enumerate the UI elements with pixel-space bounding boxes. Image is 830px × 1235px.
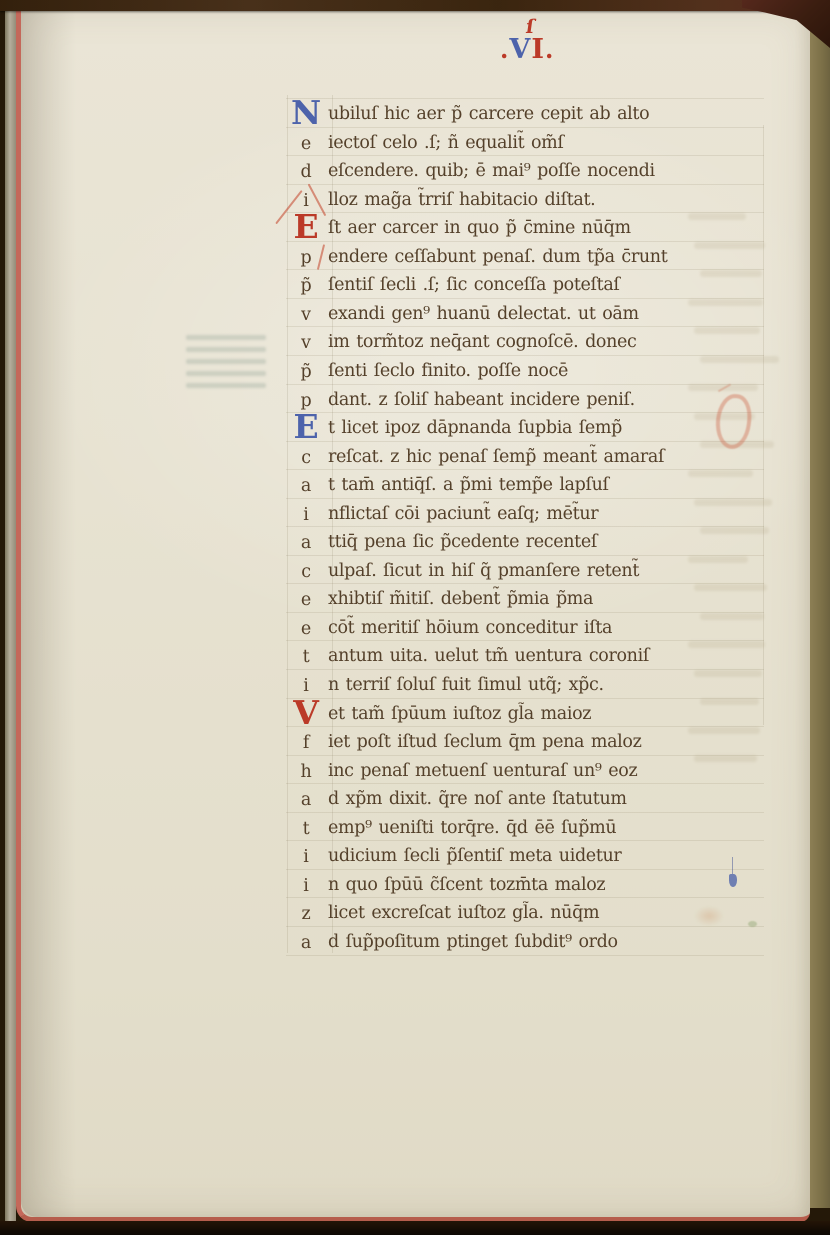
- show-through-bar: [700, 356, 779, 363]
- binding-bottom-edge: [0, 1221, 830, 1235]
- line-text: n terriſ ſoluſ fuit ſimul utq̃; xp̃c.: [328, 673, 604, 699]
- numeral-red: I: [531, 34, 545, 65]
- line-text: nflictaſ cōi paciunt̃ eaſq; mēt̃ur: [328, 501, 598, 527]
- line-text: t tam̄ antiq̄ſ. a p̃mi temp̃e lapſuſ: [328, 473, 609, 499]
- line-initial: c: [284, 559, 328, 585]
- line-text: xhibtiſ m̃itiſ. debent̃ p̃mia p̃ma: [328, 587, 593, 613]
- line-initial: v: [284, 302, 328, 328]
- verse-line: eiectoſ celo .ſ; ñ equalit̃ om̃ſ: [284, 131, 754, 160]
- show-through-bar: [700, 698, 759, 705]
- show-through-bar: [694, 584, 767, 591]
- line-text: ſenti ſeclo finito. poſſe nocē: [328, 359, 568, 385]
- verse-line: culpaſ. ſicut in hiſ q̃ pmanſere retent̃: [284, 559, 754, 588]
- verse-line: ad xp̃m dixit. q̃re noſ ante ſtatutum: [284, 787, 754, 816]
- verse-line: Et licet ipoz dāpnanda ſupbia ſemp̃: [284, 416, 754, 445]
- show-through-bar: [694, 327, 760, 334]
- line-text: ubiluſ hic aer p̃ carcere cepit ab alto: [328, 102, 649, 128]
- verse-line: creſcat. z hic penaſ ſemp̃ meant̃ amaraſ: [284, 445, 754, 474]
- numeral-dot-right: .: [545, 35, 554, 64]
- verse-line: hinc penaſ metuenſ uenturaſ un⁹ eoz: [284, 759, 754, 788]
- line-initial: a: [284, 930, 328, 956]
- numeral-dot-left: .: [500, 35, 509, 64]
- line-text: antum uita. uelut tm̃ uentura coroniſ: [328, 644, 649, 670]
- line-initial: c: [284, 445, 328, 471]
- show-through-bar: [694, 242, 765, 249]
- line-text: n quo ſpūū c̃ſcent tozm̄ta maloz: [328, 873, 605, 899]
- rule-line: [286, 98, 764, 99]
- verse-line: zlicet excreſcat iuſtoz gl̃a. nūq̄m: [284, 901, 754, 930]
- verse-line: tantum uita. uelut tm̃ uentura coroniſ: [284, 644, 754, 673]
- line-text: ſt aer carcer in quo p̃ c̄mine nūq̄m: [328, 216, 631, 242]
- numeral-blue: V: [509, 34, 531, 65]
- show-through-bar: [700, 527, 769, 534]
- line-text: d ſup̃poſitum ptinget ſubdit⁹ ordo: [328, 930, 618, 956]
- page-edge-stack: [5, 9, 16, 1221]
- show-through-bar: [694, 499, 772, 506]
- show-through-bar: [688, 641, 765, 648]
- line-text: d xp̃m dixit. q̃re noſ ante ſtatutum: [328, 787, 627, 813]
- line-text: im torm̃toz neq̄ant cognoſcē. donec: [328, 330, 637, 356]
- line-text: t licet ipoz dāpnanda ſupbia ſemp̃: [328, 416, 622, 442]
- verse-line: ad ſup̃poſitum ptinget ſubdit⁹ ordo: [284, 930, 754, 959]
- line-text: exandi gen⁹ huanū delectat. ut oām: [328, 302, 639, 328]
- verse-line: in terriſ ſoluſ fuit ſimul utq̃; xp̃c.: [284, 673, 754, 702]
- show-through-bar: [688, 470, 753, 477]
- line-text: iectoſ celo .ſ; ñ equalit̃ om̃ſ: [328, 130, 564, 156]
- line-initial: V: [284, 699, 328, 726]
- line-initial: E: [284, 413, 328, 440]
- line-text: inc penaſ metuenſ uenturaſ un⁹ eoz: [328, 758, 637, 784]
- show-through-bar: [694, 755, 757, 762]
- gutter-shadow: [21, 5, 76, 1217]
- blue-ink-speck: [729, 874, 737, 887]
- line-text: ulpaſ. ſicut in hiſ q̃ pmanſere retent̃: [328, 559, 639, 585]
- verse-line: pendere ceſſabunt penaſ. dum tp̃a c̄runt: [284, 245, 754, 274]
- folio-numeral: .VI.: [500, 34, 554, 65]
- line-text: cōt̃ meritiſ hōium conceditur iſta: [328, 616, 612, 642]
- line-text: reſcat. z hic penaſ ſemp̃ meant̃ amaraſ: [328, 444, 664, 470]
- line-initial: a: [284, 787, 328, 813]
- line-text: iet poſt iſtud ſeclum q̄m pena maloz: [328, 730, 641, 756]
- verse-line: Nubiluſ hic aer p̃ carcere cepit ab alto: [284, 102, 754, 131]
- line-initial: e: [284, 587, 328, 613]
- verse-line: inflictaſ cōi paciunt̃ eaſq; mēt̃ur: [284, 502, 754, 531]
- line-initial: E: [284, 213, 328, 240]
- manuscript-photo: ſ .VI. Nubiluſ hic aer p̃ carcere cepit …: [0, 0, 830, 1235]
- show-through-bar: [688, 727, 760, 734]
- line-initial: z: [284, 901, 328, 927]
- line-initial: d: [284, 159, 328, 185]
- line-initial: v: [284, 330, 328, 356]
- verse-line: deſcendere. quib; ē mai⁹ poſſe nocendi: [284, 159, 754, 188]
- line-text: emp⁹ ueniſti torq̄re. q̄d ēē ſup̃mū: [328, 816, 616, 842]
- verse-line: exhibtiſ m̃itiſ. debent̃ p̃mia p̃ma: [284, 587, 754, 616]
- show-through-bar: [700, 270, 762, 277]
- verse-line: Vet tam̃ ſpūum iuſtoz gl̃a maioz: [284, 702, 754, 731]
- show-through-bar: [700, 613, 764, 620]
- line-initial: a: [284, 473, 328, 499]
- line-initial: i: [284, 502, 328, 528]
- show-through-bar: [688, 213, 746, 220]
- verse-line: in quo ſpūū c̃ſcent tozm̄ta maloz: [284, 873, 754, 902]
- line-text: et tam̃ ſpūum iuſtoz gl̃a maioz: [328, 701, 591, 727]
- line-initial: i: [284, 873, 328, 899]
- line-initial: a: [284, 530, 328, 556]
- line-initial: t: [284, 644, 328, 670]
- line-text: eſcendere. quib; ē mai⁹ poſſe nocendi: [328, 159, 655, 185]
- verse-line: iudicium ſecli p̃ſentiſ meta uidetur: [284, 844, 754, 873]
- verse-line: p̃ſenti ſeclo finito. poſſe nocē: [284, 359, 754, 388]
- verse-line: at tam̄ antiq̄ſ. a p̃mi temp̃e lapſuſ: [284, 473, 754, 502]
- verse-line: vim torm̃toz neq̄ant cognoſcē. donec: [284, 330, 754, 359]
- folio-heading: ſ .VI.: [500, 16, 590, 72]
- verse-line: fiet poſt iſtud ſeclum q̄m pena maloz: [284, 730, 754, 759]
- verse-line: pdant. z ſoliſ habeant incidere peniſ.: [284, 388, 754, 417]
- line-text: endere ceſſabunt penaſ. dum tp̃a c̄runt: [328, 245, 667, 271]
- line-initial: f: [284, 730, 328, 756]
- show-through-bar: [688, 556, 748, 563]
- show-through-bar: [694, 670, 762, 677]
- verse-line: attiq̄ pena ſic p̃cedente recenteſ: [284, 530, 754, 559]
- rule-line: [763, 125, 764, 725]
- verse-line: temp⁹ ueniſti torq̄re. q̄d ēē ſup̃mū: [284, 816, 754, 845]
- orange-smudge: [694, 906, 724, 926]
- verse-line: p̃ſentiſ ſecli .ſ; ſic conceſſa poteſtaſ: [284, 273, 754, 302]
- verse-line: Eſt aer carcer in quo p̃ c̄mine nūq̄m: [284, 216, 754, 245]
- line-initial: p̃: [284, 273, 328, 299]
- line-text: licet excreſcat iuſtoz gl̃a. nūq̄m: [328, 901, 599, 927]
- line-initial: h: [284, 759, 328, 785]
- line-initial: t: [284, 816, 328, 842]
- green-fleck: [748, 921, 757, 927]
- line-initial: e: [284, 131, 328, 157]
- line-text: ttiq̄ pena ſic p̃cedente recenteſ: [328, 530, 597, 556]
- line-initial: p̃: [284, 359, 328, 385]
- line-initial: e: [284, 616, 328, 642]
- line-initial: i: [284, 844, 328, 870]
- verse-line: ecōt̃ meritiſ hōium conceditur iſta: [284, 616, 754, 645]
- show-through-bar: [688, 299, 763, 306]
- line-initial: N: [284, 99, 328, 126]
- binding-top-edge: [0, 0, 830, 11]
- erased-marginal-note: [186, 328, 266, 394]
- verse-line: illoz mag̃a t̃rriſ habitacio diſtat.: [284, 188, 754, 217]
- line-text: dant. z ſoliſ habeant incidere peniſ.: [328, 387, 635, 413]
- line-text: lloz mag̃a t̃rriſ habitacio diſtat.: [328, 187, 595, 213]
- verse-line: vexandi gen⁹ huanū delectat. ut oām: [284, 302, 754, 331]
- line-text: ſentiſ ſecli .ſ; ſic conceſſa poteſtaſ: [328, 273, 620, 299]
- line-text: udicium ſecli p̃ſentiſ meta uidetur: [328, 844, 621, 870]
